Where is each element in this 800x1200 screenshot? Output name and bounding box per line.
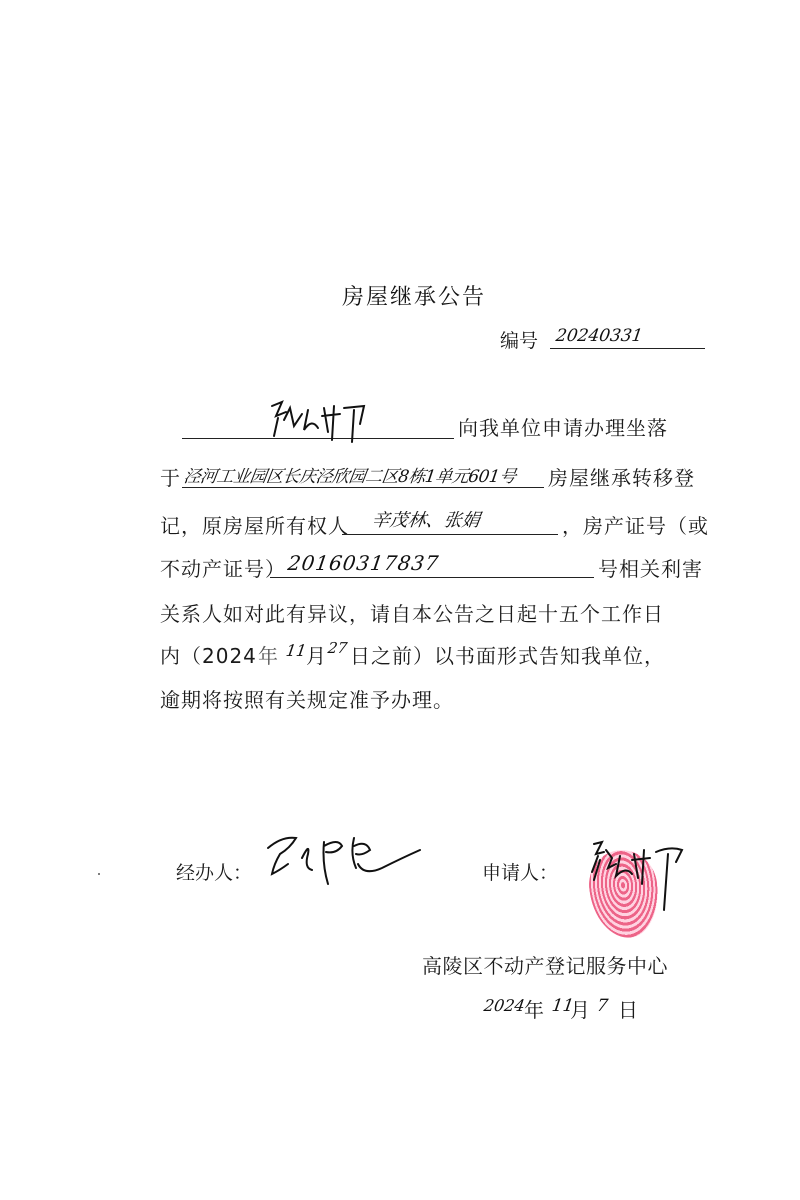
- line-3-suffix: ，房产证号（或: [562, 510, 709, 539]
- line-4-suffix: 号相关利害: [598, 553, 703, 582]
- line-1-text: 向我单位申请办理坐落: [458, 412, 668, 441]
- original-owners-value: 辛茂林、张娟: [370, 506, 482, 532]
- handler-label: 经办人：: [176, 858, 252, 885]
- line-3-prefix: 记，原房屋所有权人: [160, 510, 349, 539]
- line-5-text: 关系人如对此有异议，请自本公告之日起十五个工作日: [160, 598, 664, 627]
- organization-name: 高陵区不动产登记服务中心: [422, 950, 668, 979]
- handler-signature: 马晓: [262, 824, 432, 894]
- applicant-signature: 张娟: [586, 838, 696, 918]
- serial-value: 20240331: [555, 326, 644, 346]
- address-value: 泾河工业园区长庆泾欣园二区8栋1单元601号: [182, 462, 518, 487]
- document-title: 房屋继承公告: [342, 280, 486, 311]
- certificate-underline: [270, 577, 594, 578]
- line-2-prefix: 于: [160, 462, 181, 491]
- applicant-handwriting: [268, 396, 408, 446]
- line-7-text: 逾期将按照有关规定准予办理。: [160, 684, 454, 713]
- line-2-suffix: 房屋继承转移登: [548, 462, 695, 491]
- address-underline: [182, 487, 544, 488]
- deadline-month: 11: [285, 641, 308, 660]
- deadline-day: 27: [327, 639, 349, 657]
- certificate-number-value: 20160317837: [286, 551, 440, 575]
- date-month-unit: 月: [570, 994, 591, 1023]
- date-day: 7: [596, 996, 610, 1016]
- date-year-unit: 年: [524, 994, 545, 1023]
- line-6-suffix: 日之前）以书面形式告知我单位，: [350, 640, 665, 669]
- scan-speck: [98, 873, 100, 875]
- serial-underline: [550, 348, 705, 349]
- line-6-prefix: 内（2024: [160, 640, 257, 669]
- line-4-prefix: 不动产证号）: [160, 553, 286, 582]
- applicant-label: 申请人：: [482, 858, 558, 885]
- line-6-year-unit: 年: [258, 640, 279, 669]
- date-year: 2024: [483, 996, 526, 1015]
- serial-label: 编号: [500, 326, 538, 353]
- line-6-month-unit: 月: [306, 640, 327, 669]
- date-day-unit: 日: [618, 994, 639, 1023]
- owners-underline: [342, 534, 558, 535]
